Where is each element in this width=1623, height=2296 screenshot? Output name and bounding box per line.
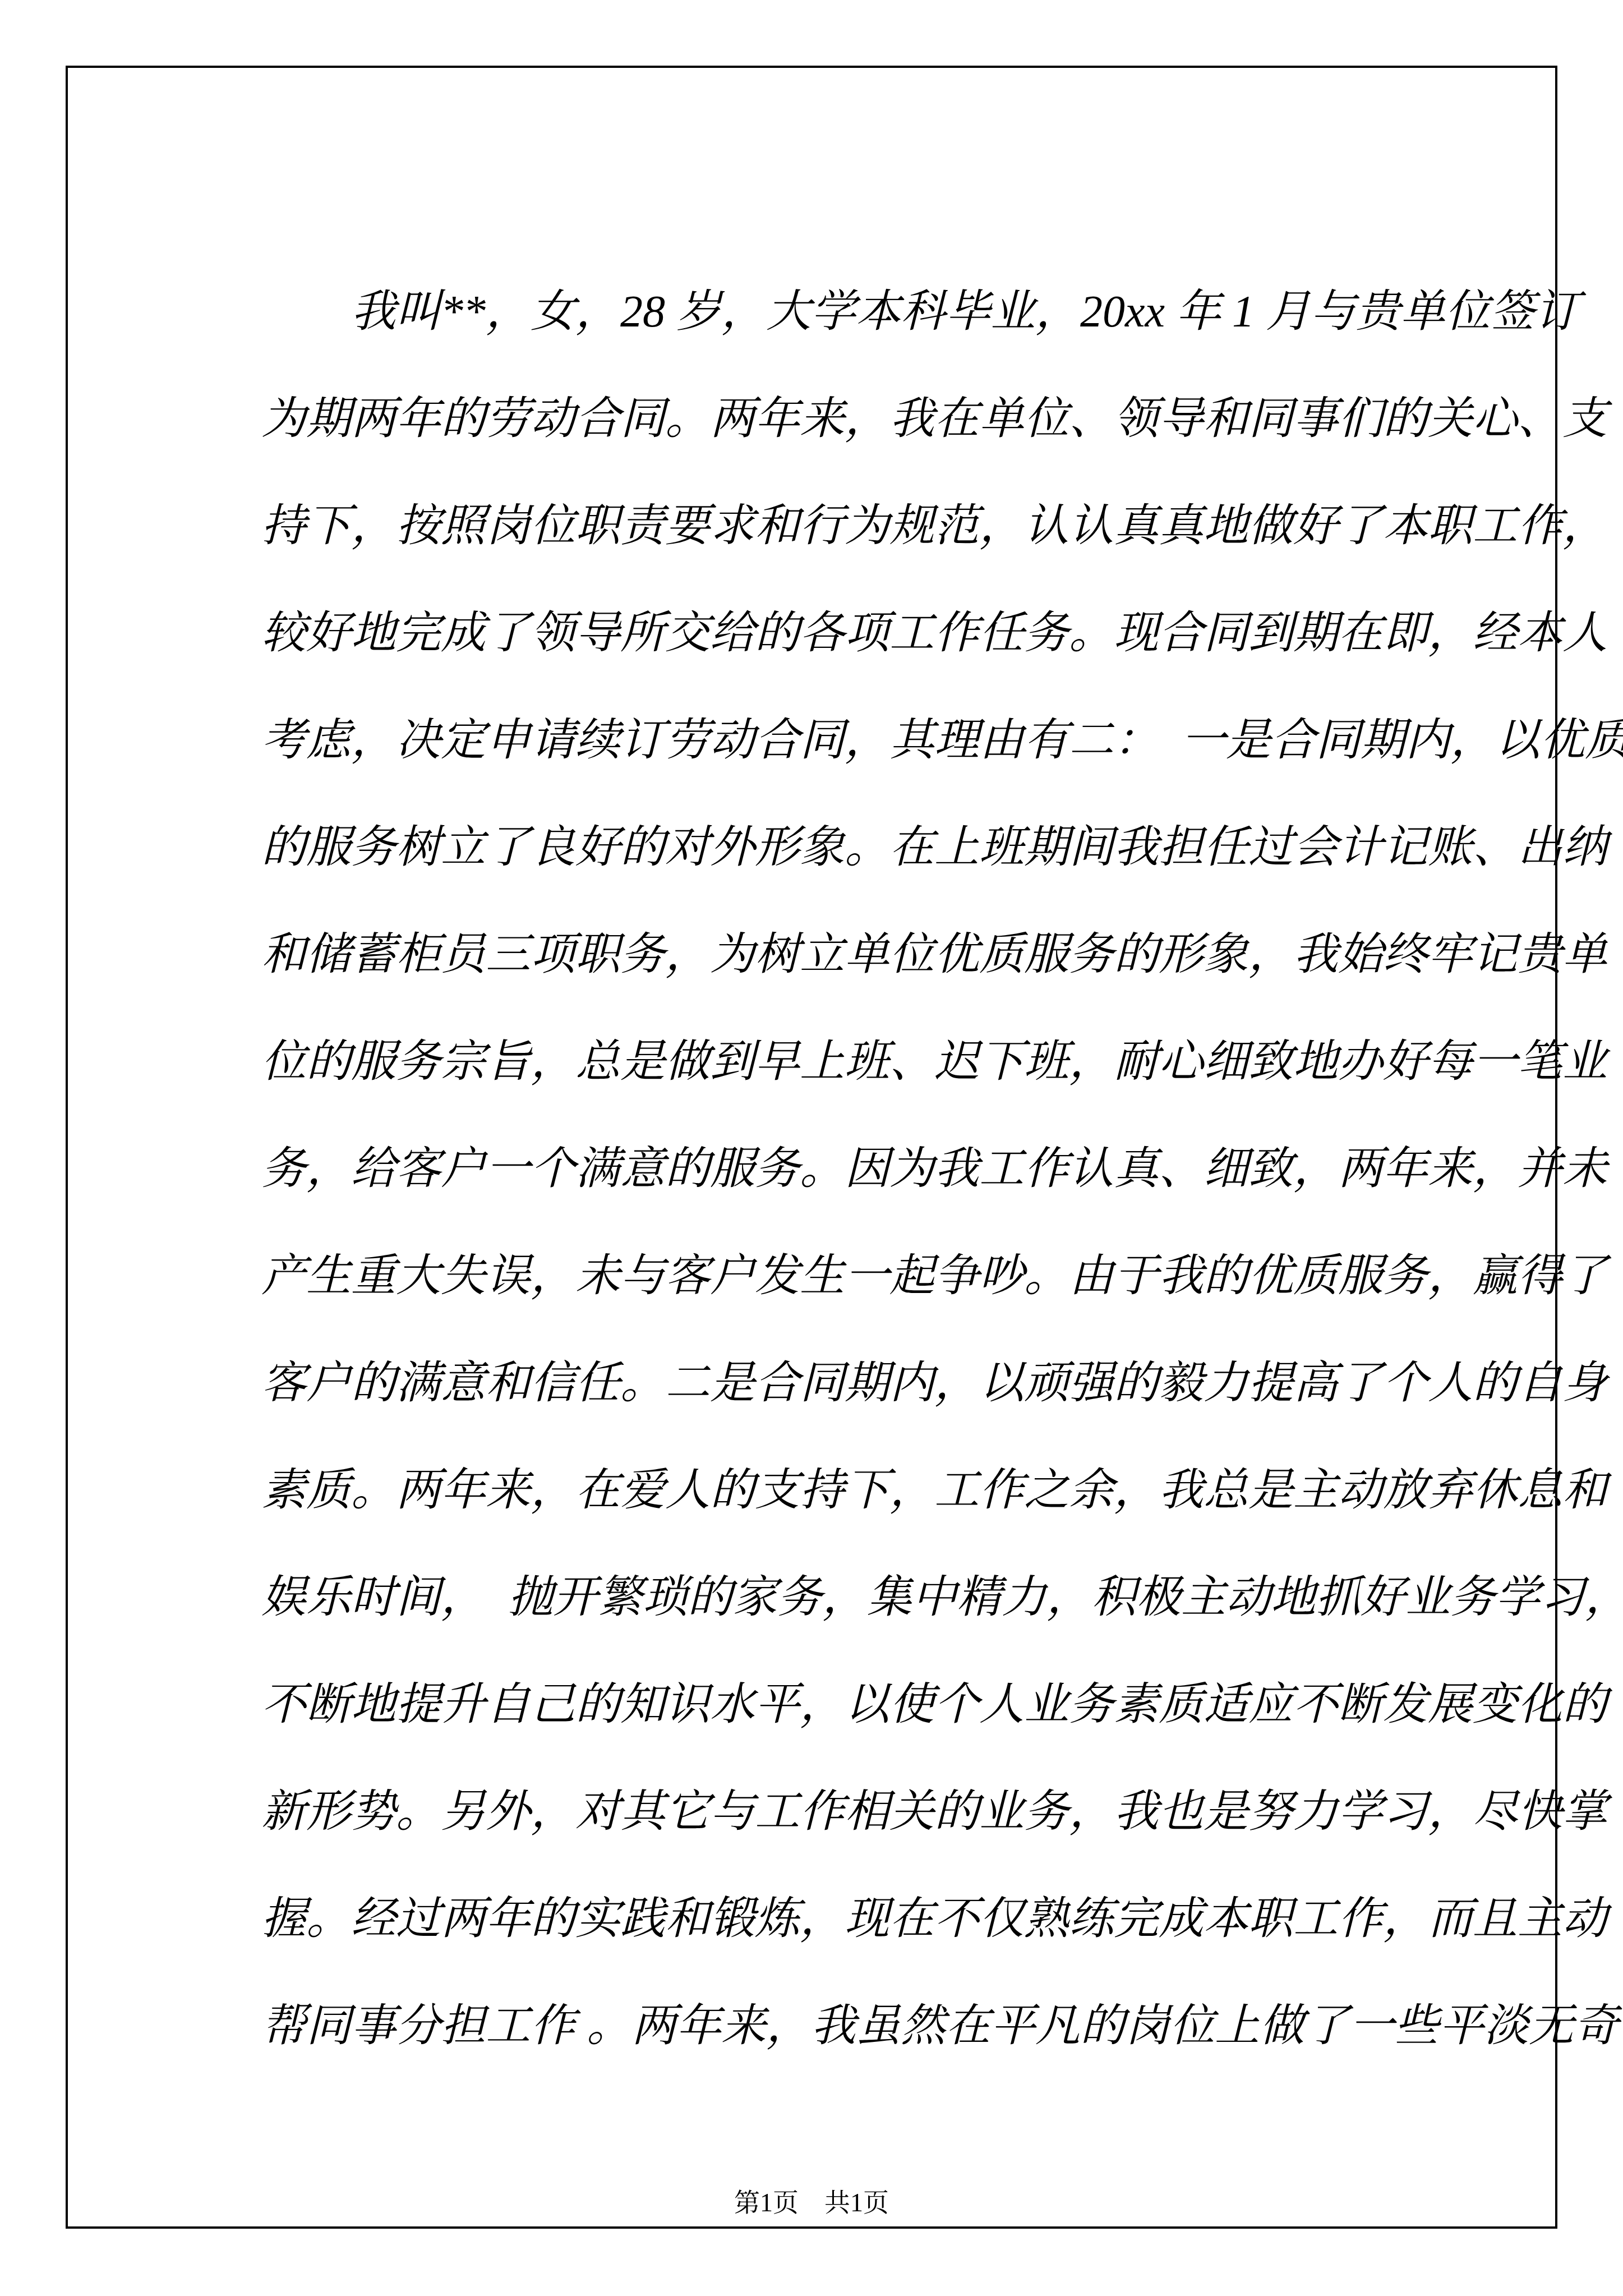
text-line: 的服务树立了良好的对外形象。在上班期间我担任过会计记账、出纳	[261, 794, 1498, 901]
text-line: 娱乐时间， 抛开繁琐的家务，集中精力，积极主动地抓好业务学习，	[261, 1544, 1498, 1651]
text-line: 位的服务宗旨，总是做到早上班、迟下班，耐心细致地办好每一笔业	[261, 1009, 1498, 1116]
text-line: 产生重大失误，未与客户发生一起争吵。由于我的优质服务，赢得了	[261, 1223, 1498, 1330]
text-line: 和储蓄柜员三项职务，为树立单位优质服务的形象，我始终牢记贵单	[261, 901, 1498, 1009]
text-line: 务，给客户一个满意的服务。因为我工作认真、细致，两年来，并未	[261, 1116, 1498, 1223]
text-line: 不断地提升自己的知识水平，以使个人业务素质适应不断发展变化的	[261, 1651, 1498, 1759]
text-line: 客户的满意和信任。二是合同期内，以顽强的毅力提高了个人的自身	[261, 1330, 1498, 1437]
text-line: 为期两年的劳动合同。两年来，我在单位、领导和同事们的关心、支	[261, 366, 1498, 473]
text-line: 握。经过两年的实践和锻炼，现在不仅熟练完成本职工作，而且主动	[261, 1866, 1498, 1973]
page-footer: 第1页 共1页	[68, 2186, 1555, 2220]
text-line: 较好地完成了领导所交给的各项工作任务。现合同到期在即，经本人	[261, 580, 1498, 687]
text-line: 持下，按照岗位职责要求和行为规范，认认真真地做好了本职工作，	[261, 473, 1498, 580]
text-line: 帮同事分担工作 。两年来，我虽然在平凡的岗位上做了一些平淡无奇	[261, 1973, 1498, 2080]
document-body: 我叫**，女，28 岁，大学本科毕业，20xx 年 1 月与贵单位签订 为期两年…	[261, 259, 1498, 2080]
text-line: 我叫**，女，28 岁，大学本科毕业，20xx 年 1 月与贵单位签订	[261, 259, 1498, 366]
page-border: 我叫**，女，28 岁，大学本科毕业，20xx 年 1 月与贵单位签订 为期两年…	[66, 66, 1557, 2229]
text-line: 素质。两年来，在爱人的支持下，工作之余，我总是主动放弃休息和	[261, 1437, 1498, 1544]
text-line: 新形势。另外，对其它与工作相关的业务，我也是努力学习，尽快掌	[261, 1759, 1498, 1866]
text-line: 考虑，决定申请续订劳动合同，其理由有二： 一是合同期内，以优质	[261, 687, 1498, 794]
